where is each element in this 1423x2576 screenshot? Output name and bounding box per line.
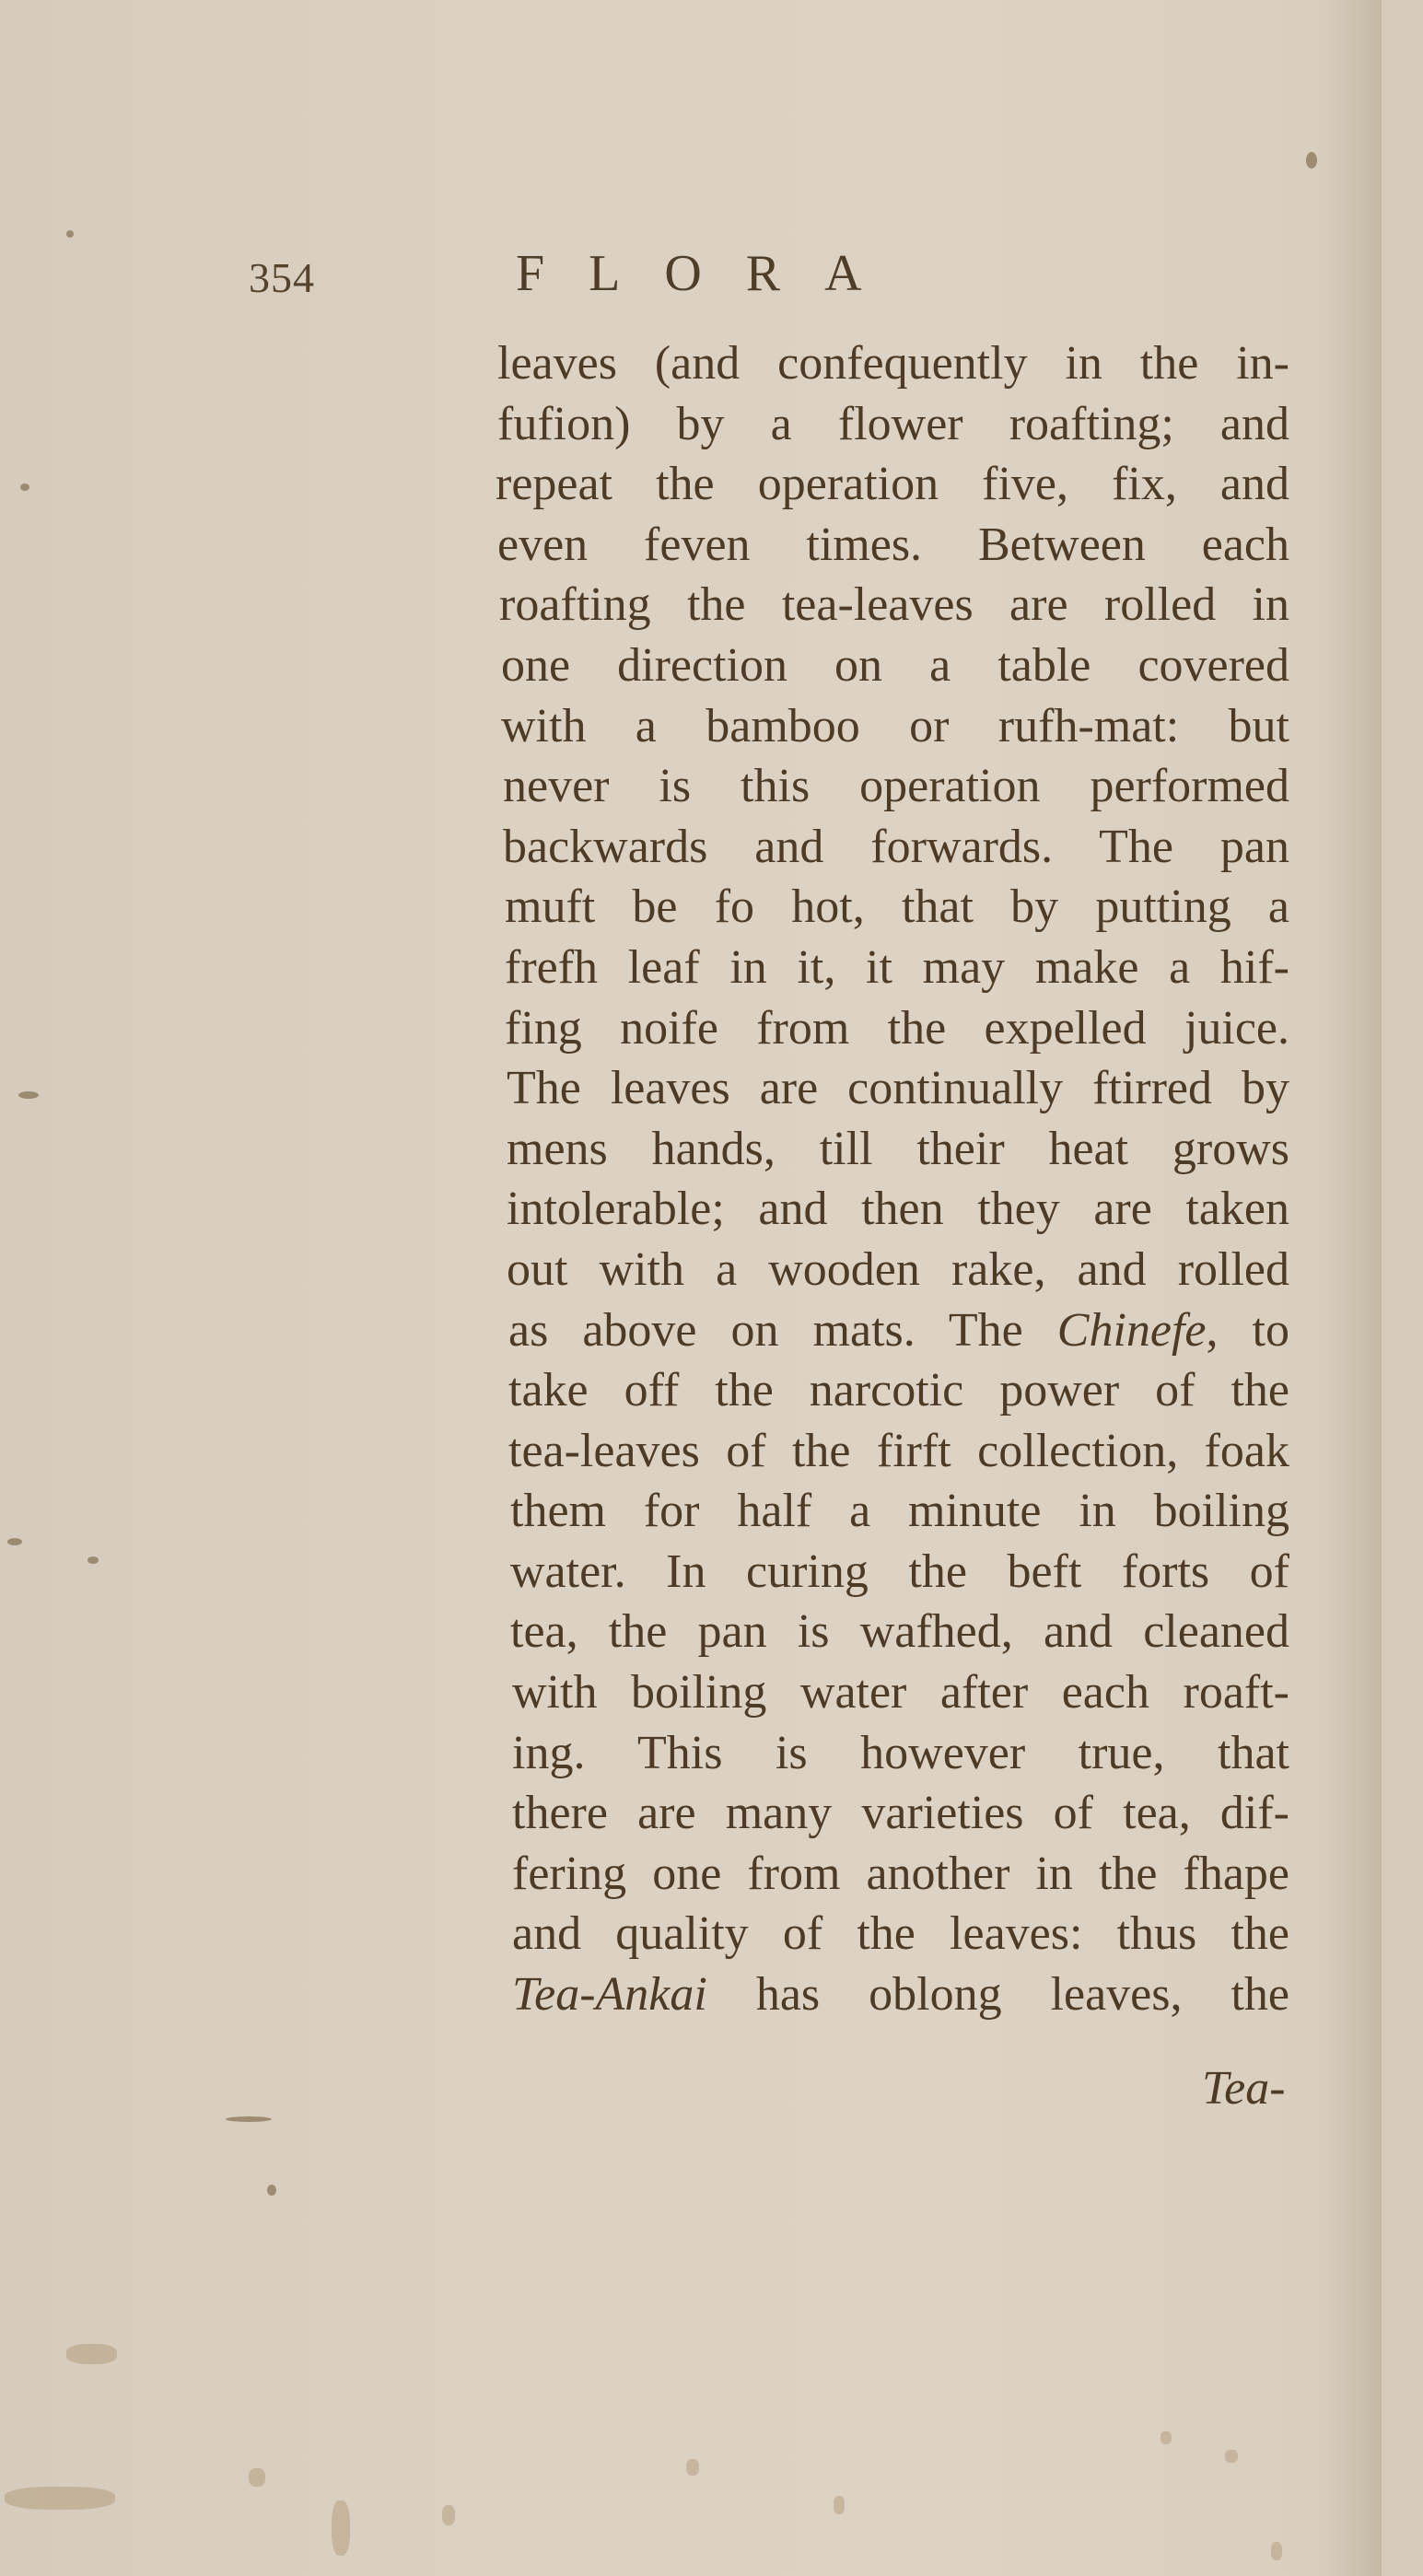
paper-speck [7,1538,22,1545]
paper-stain [834,2496,845,2514]
running-head: 354 FLORA [249,244,986,318]
text-line: leaves (and confequently in the in- [497,333,1289,394]
text-line: fering one from another in the fhape [512,1844,1289,1905]
text-line: and quality of the leaves: thus the [512,1904,1289,1964]
paper-speck [226,2116,272,2122]
paper-speck [87,1556,99,1564]
book-page: 354 FLORA leaves (and confequently in th… [0,0,1382,2576]
paper-stain [442,2505,455,2525]
line-text: as above on mats. The [508,1304,1057,1357]
body-text: leaves (and confequently in the in- fufi… [497,333,1289,2025]
text-line: frefh leaf in it, it may make a hif- [505,938,1289,998]
text-line: one direction on a table covered [501,635,1289,696]
text-line: mens hands, till their heat grows [507,1119,1289,1180]
text-line: muft be fo hot, that by putting a [505,877,1289,938]
running-head-title: FLORA [516,244,906,303]
text-line: take off the narcotic power of the [508,1360,1289,1421]
text-line: ing. This is however true, that [512,1723,1289,1784]
paper-stain [66,2344,117,2364]
text-line: fing noife from the expelled juice. [505,998,1289,1059]
paper-speck [267,2185,276,2196]
italic-word-chinese: Chinefe [1057,1304,1207,1357]
text-line: out with a wooden rake, and rolled [507,1240,1289,1300]
paper-stain [1271,2542,1282,2560]
catchword: Tea- [1202,2061,1286,2116]
paper-speck [1306,152,1317,169]
page-edge-shadow [1326,0,1382,2576]
paper-stain [1225,2450,1238,2463]
paper-stain [686,2459,699,2476]
page-number: 354 [249,253,315,302]
paper-stain [249,2468,265,2487]
paper-stain [1161,2431,1172,2444]
text-line: backwards and forwards. The pan [503,817,1289,878]
text-line: them for half a minute in boiling [510,1481,1289,1542]
line-text: , to [1207,1304,1289,1357]
paper-stain [332,2500,350,2556]
line-text: has oblong leaves, the [707,1968,1289,2021]
text-line: even feven times. Between each [497,515,1289,576]
text-line: as above on mats. The Chinefe, to [508,1300,1289,1361]
text-line: there are many varieties of tea, dif- [512,1783,1289,1844]
text-line: The leaves are continually ftirred by [507,1058,1289,1119]
text-line: never is this operation performed [503,756,1289,817]
paper-speck [66,230,74,238]
text-line: tea, the pan is wafhed, and cleaned [510,1602,1289,1662]
text-line: with boiling water after each roaft- [512,1662,1289,1723]
text-line: repeat the operation five, fix, and [496,454,1289,515]
text-line: tea-leaves of the firft collection, foak [508,1421,1289,1482]
text-line: water. In curing the beft forts of [510,1542,1289,1603]
paper-speck [18,1091,39,1099]
text-line: intolerable; and then they are taken [507,1179,1289,1240]
italic-word-tea-ankai: Tea-Ankai [512,1968,707,2021]
text-line: fufion) by a flower roafting; and [497,394,1289,455]
paper-stain [5,2487,115,2510]
paper-speck [20,484,29,491]
text-line: with a bamboo or rufh-mat: but [501,696,1289,757]
text-line: roafting the tea-leaves are rolled in [499,575,1289,635]
text-line: Tea-Ankai has oblong leaves, the [512,1964,1289,2025]
